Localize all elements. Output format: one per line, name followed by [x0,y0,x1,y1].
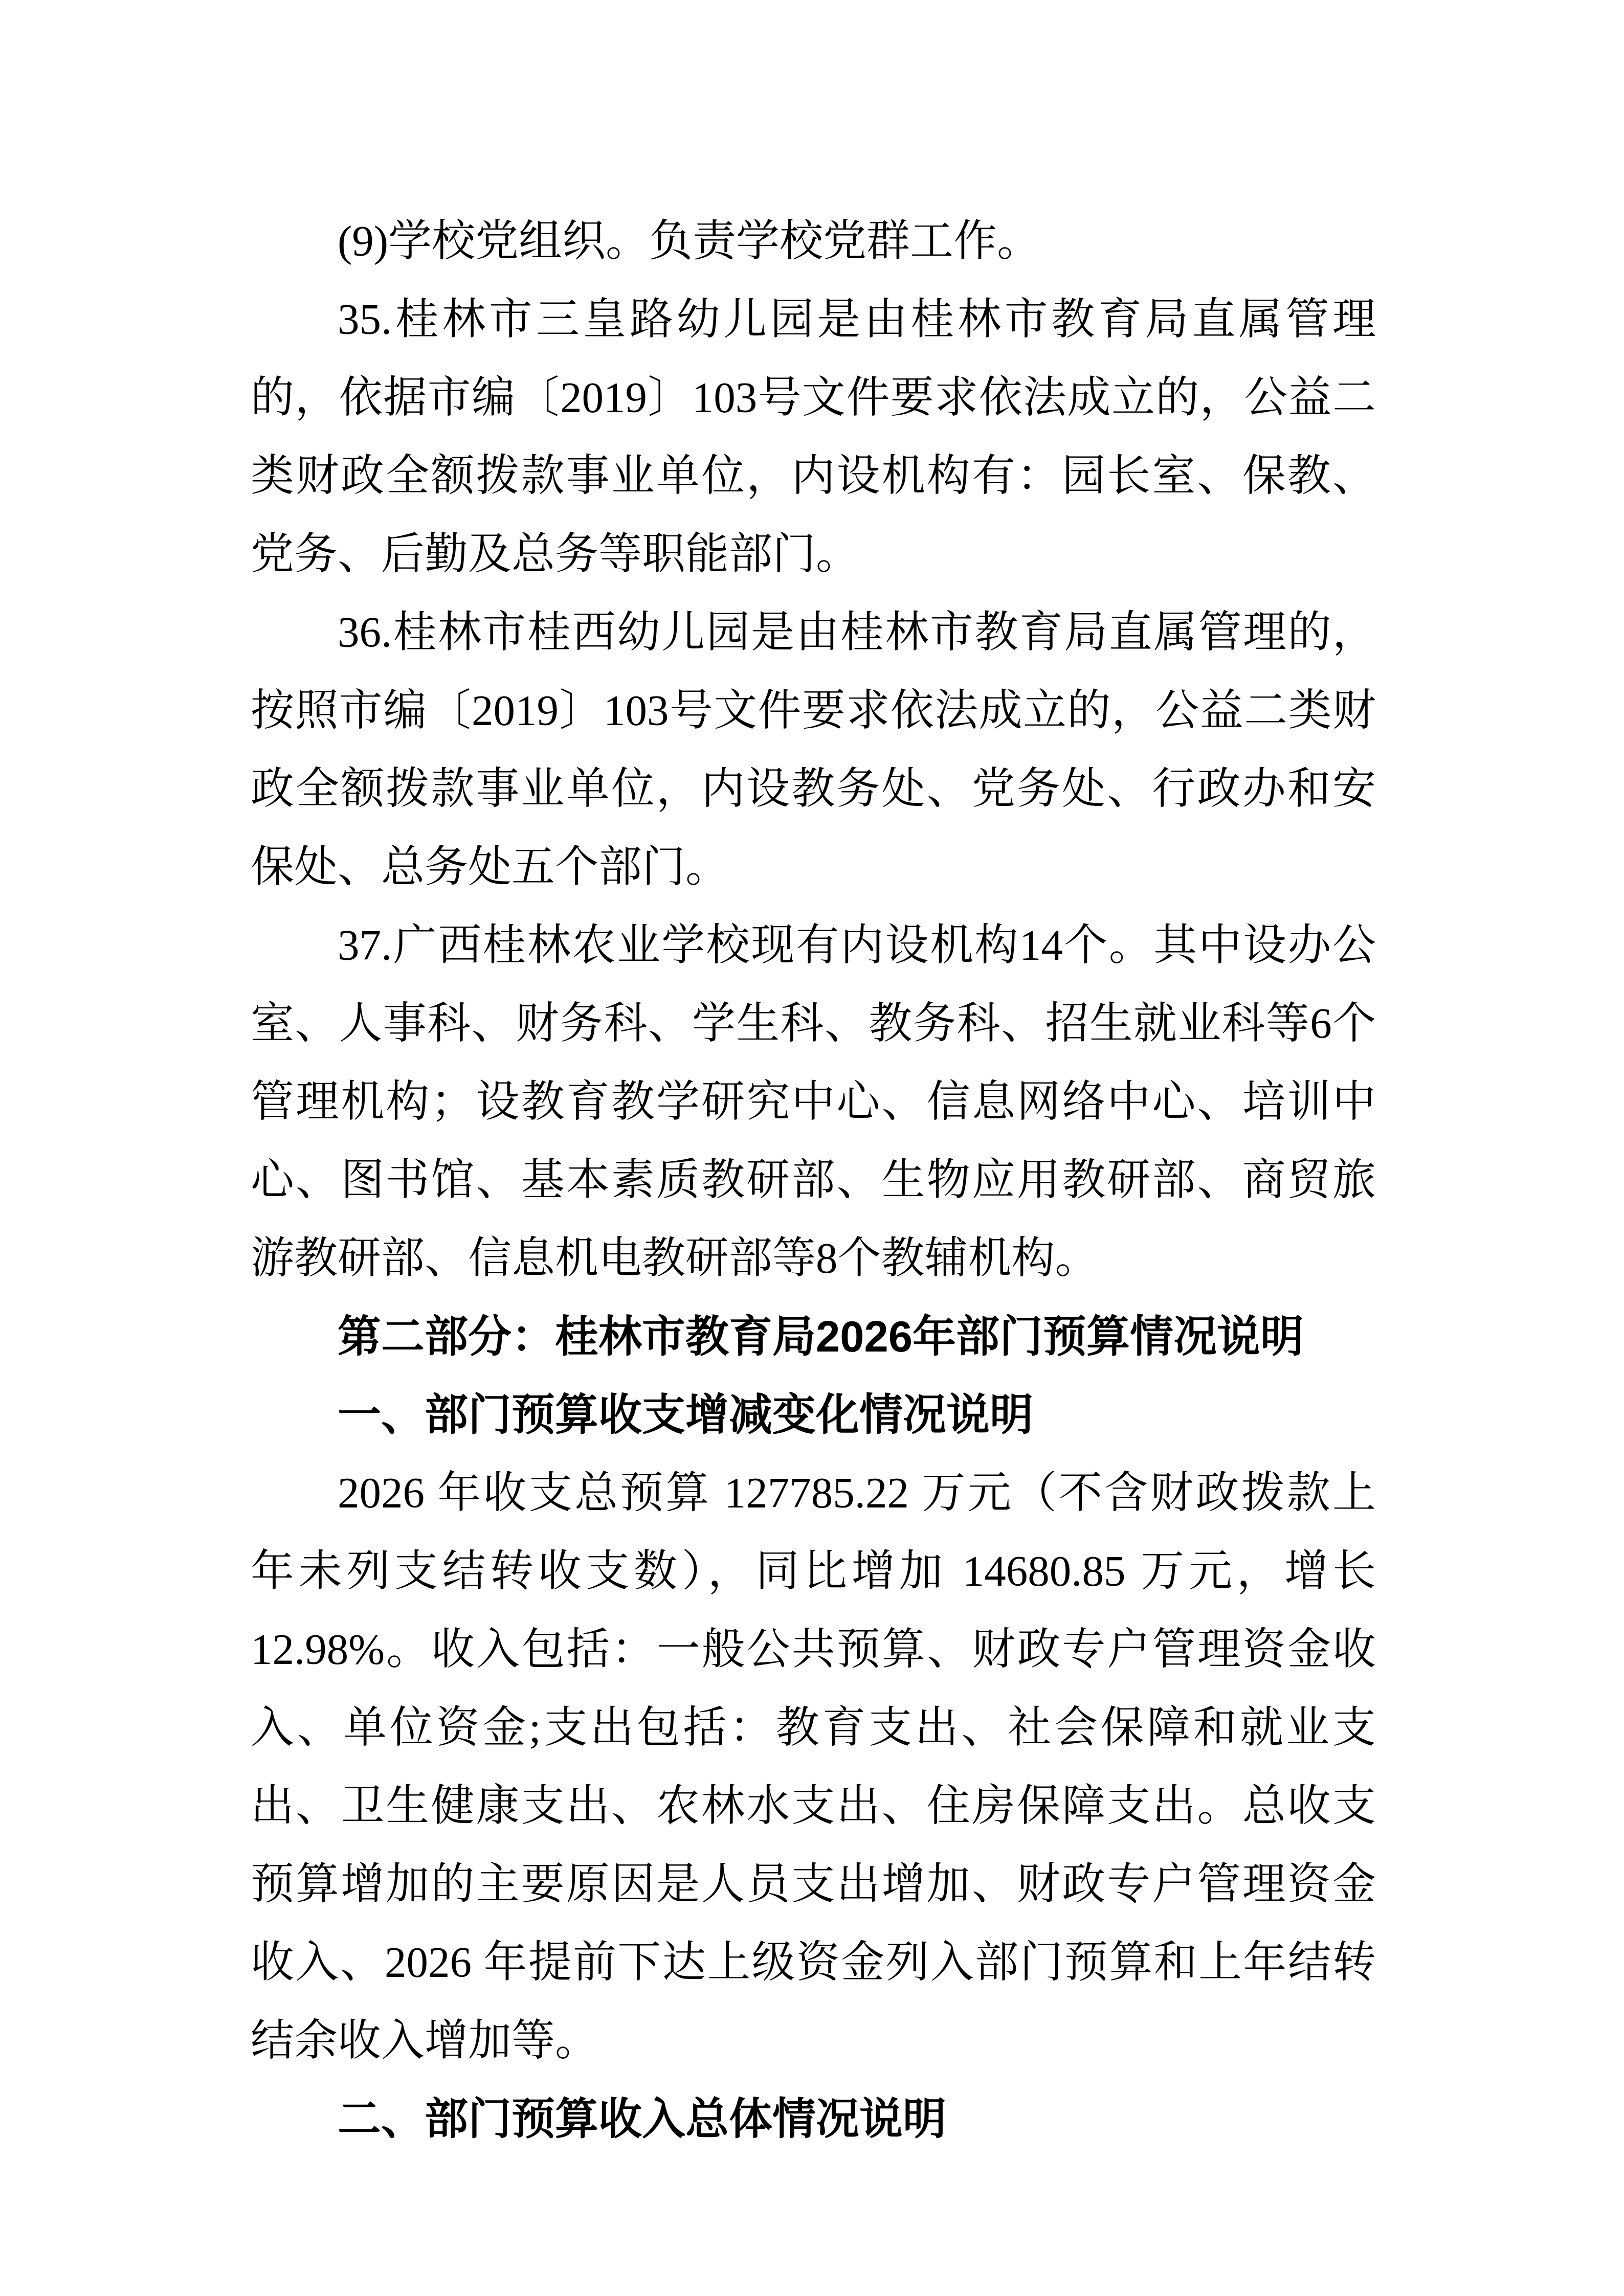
heading-section-one-budget-changes: 一、部门预算收支增减变化情况说明 [251,1376,1376,1454]
document-page: (9)学校党组织。负责学校党群工作。 35.桂林市三皇路幼儿园是由桂林市教育局直… [0,0,1624,2296]
heading-section-two-income-overview: 二、部门预算收入总体情况说明 [251,2080,1376,2158]
paragraph-item-37-guilin-agricultural-school: 37.广西桂林农业学校现有内设机构14个。其中设办公室、人事科、财务科、学生科、… [251,907,1376,1298]
paragraph-item-35-sanhuang-road-kindergarten: 35.桂林市三皇路幼儿园是由桂林市教育局直属管理的，依据市编〔2019〕103号… [251,281,1376,594]
heading-part-two-budget-explanation: 第二部分：桂林市教育局2026年部门预算情况说明 [251,1298,1376,1376]
paragraph-item-36-guixi-kindergarten: 36.桂林市桂西幼儿园是由桂林市教育局直属管理的，按照市编〔2019〕103号文… [251,594,1376,907]
paragraph-budget-totals-overview: 2026 年收支总预算 127785.22 万元（不含财政拨款上年未列支结转收支… [251,1454,1376,2080]
paragraph-school-party-org: (9)学校党组织。负责学校党群工作。 [251,202,1376,281]
